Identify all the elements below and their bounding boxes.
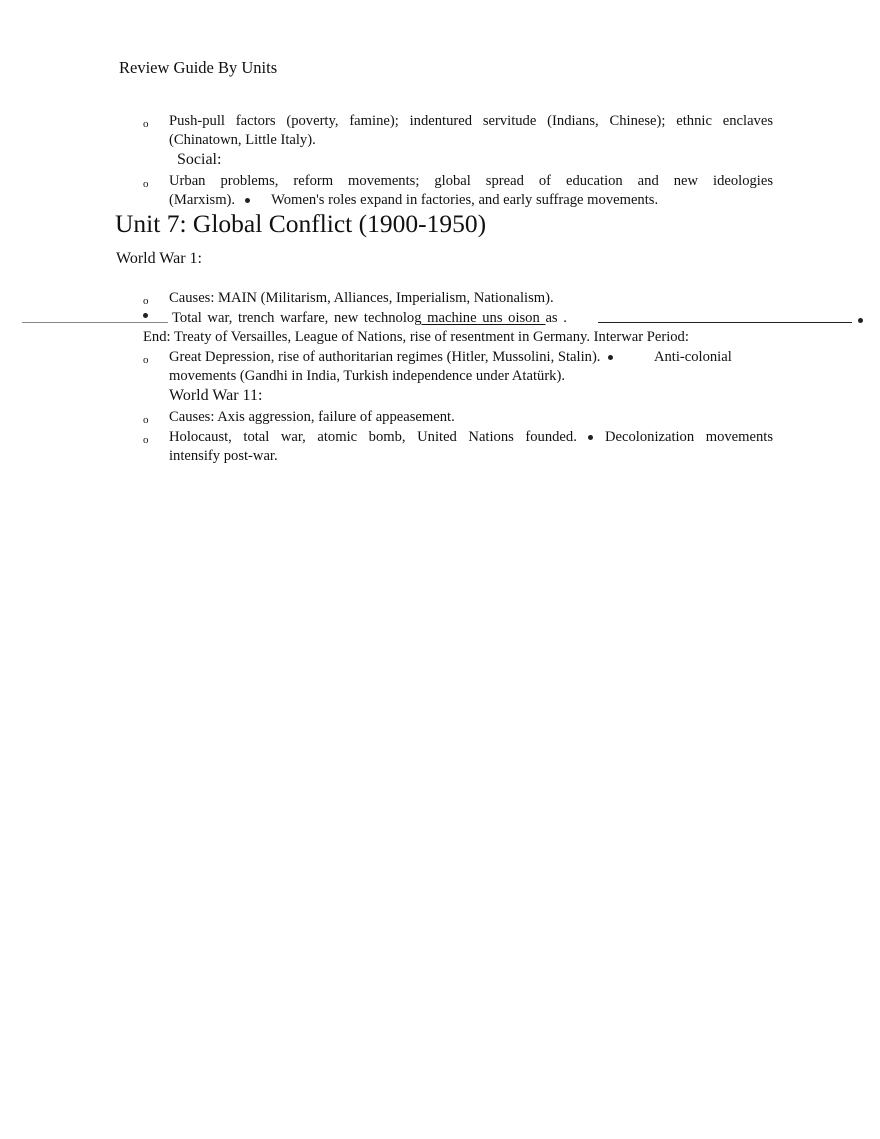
list-item-line: (Chinatown, Little Italy).	[169, 132, 316, 149]
list-item: Push-pull factors (poverty, famine); ind…	[169, 113, 773, 130]
list-item-text: Holocaust, total war, atomic bomb, Unite…	[169, 429, 577, 445]
list-item-line: intensify post-war.	[169, 448, 278, 465]
list-item-line: movements (Gandhi in India, Turkish inde…	[169, 368, 565, 385]
bullet-marker: o	[143, 118, 149, 130]
horizontal-rule	[598, 322, 852, 323]
section-heading-ww1: World War 1:	[116, 250, 202, 268]
list-item-line: Push-pull factors (poverty, famine); ind…	[169, 113, 773, 130]
bullet-marker: o	[143, 295, 149, 307]
bullet-dot-icon	[608, 355, 613, 360]
list-item-text: as .	[545, 310, 566, 326]
horizontal-rule	[22, 322, 168, 323]
bullet-marker: o	[143, 434, 149, 446]
list-item-text: Anti-colonial	[654, 349, 732, 365]
bullet-marker: o	[143, 354, 149, 366]
list-item-line: Holocaust, total war, atomic bomb, Unite…	[169, 429, 773, 446]
unit-title: Unit 7: Global Conflict (1900-1950)	[115, 209, 486, 239]
list-item-text: Total war, trench warfare, new technolog	[172, 310, 422, 326]
list-item: Total war, trench warfare, new technolog…	[172, 310, 567, 327]
page-header: Review Guide By Units	[119, 58, 277, 78]
bullet-dot-icon	[858, 318, 863, 323]
list-item: Causes: MAIN (Militarism, Alliances, Imp…	[169, 290, 554, 307]
bullet-marker: o	[143, 178, 149, 190]
list-item-text: Great Depression, rise of authoritarian …	[169, 349, 600, 365]
section-heading-social: Social:	[177, 151, 221, 169]
list-item-text: (Marxism).	[169, 192, 235, 208]
list-item: Causes: Axis aggression, failure of appe…	[169, 409, 455, 426]
list-item: Great Depression, rise of authoritarian …	[169, 349, 732, 366]
list-item-line: (Marxism). Women's roles expand in facto…	[169, 192, 658, 209]
list-item: Holocaust, total war, atomic bomb, Unite…	[169, 429, 773, 446]
bullet-dot-icon	[143, 313, 148, 318]
list-item: Urban problems, reform movements; global…	[169, 173, 773, 190]
section-heading-ww2: World War 11:	[169, 387, 262, 405]
list-item-text: Decolonization movements	[605, 429, 773, 445]
bullet-dot-icon	[588, 435, 593, 440]
list-item-line: Urban problems, reform movements; global…	[169, 173, 773, 190]
bullet-marker: o	[143, 414, 149, 426]
underlined-text: machine uns oison	[422, 310, 546, 326]
paragraph: End: Treaty of Versailles, League of Nat…	[143, 329, 689, 346]
bullet-dot-icon	[245, 198, 250, 203]
list-item-text: Women's roles expand in factories, and e…	[271, 192, 658, 208]
